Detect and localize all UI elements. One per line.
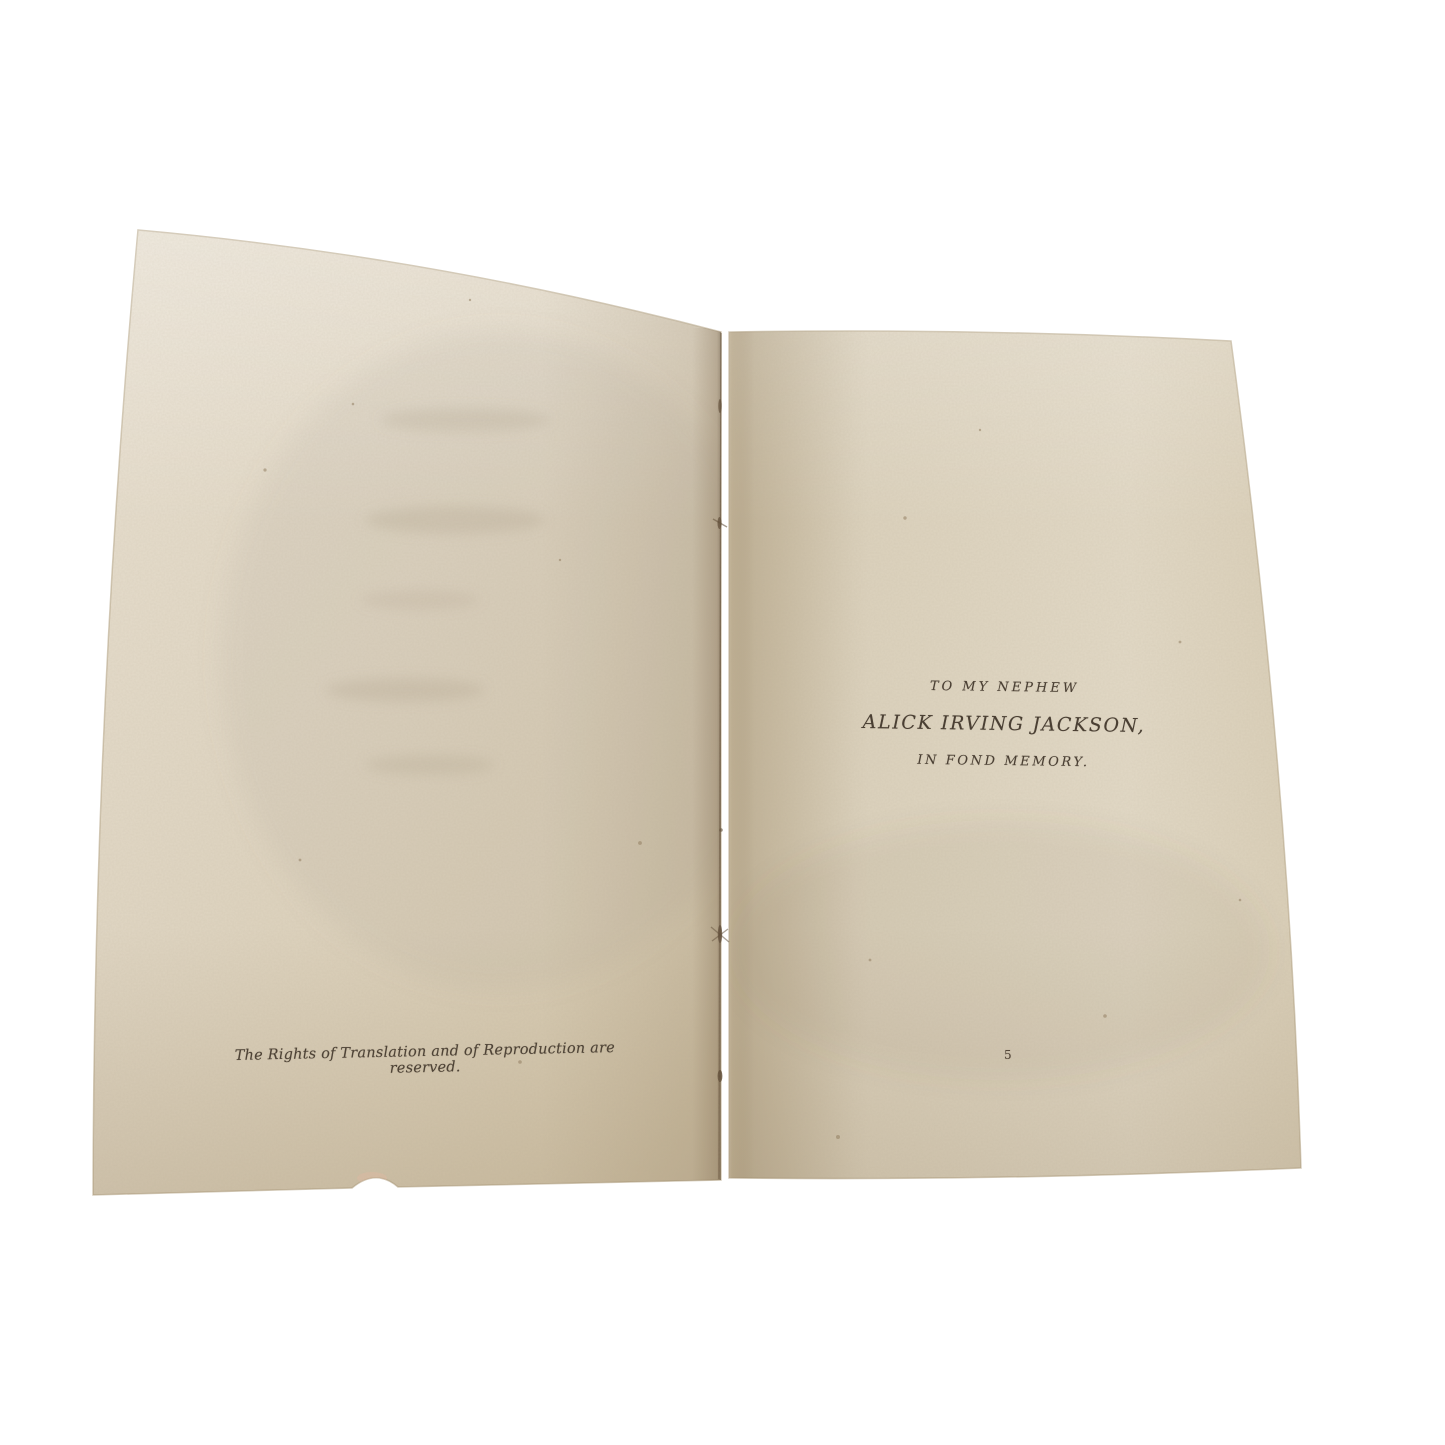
- book-photo: The Rights of Translation and of Reprodu…: [0, 0, 1445, 1445]
- open-book-illustration: [0, 0, 1445, 1445]
